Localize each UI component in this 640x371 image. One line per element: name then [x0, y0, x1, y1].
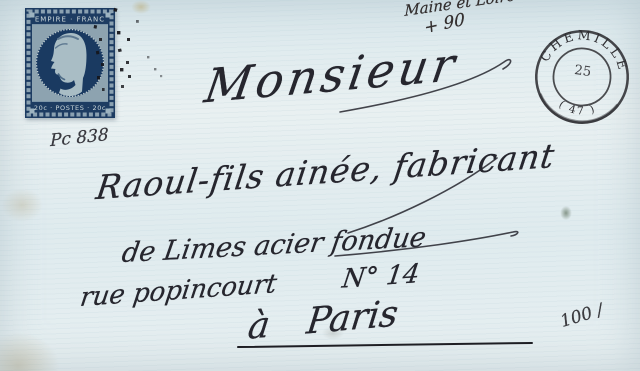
- postal-cover: EMPIRE · FRANC 20c · POSTES · 20c: [0, 0, 640, 371]
- postmark: CHEMILLE 25 ( 47 ): [521, 16, 640, 134]
- price-pencil-note: 100 /: [558, 300, 606, 332]
- cancellation-dots-icon: [90, 0, 180, 100]
- collector-pencil-note: Pc 838: [50, 125, 108, 151]
- stamp-bottom-label: 20c · POSTES · 20c: [34, 104, 106, 112]
- corner-rosette: [30, 13, 35, 18]
- address-street: rue popincourt: [78, 269, 278, 313]
- address-number: N° 14: [340, 259, 421, 295]
- postmark-date: 25: [573, 63, 592, 80]
- address-city: à Paris: [246, 293, 401, 348]
- address-recipient: Raoul-fils ainée, fabricant: [94, 136, 558, 208]
- corner-rosette: [106, 109, 111, 114]
- address-salutation: Monsieur: [201, 36, 462, 113]
